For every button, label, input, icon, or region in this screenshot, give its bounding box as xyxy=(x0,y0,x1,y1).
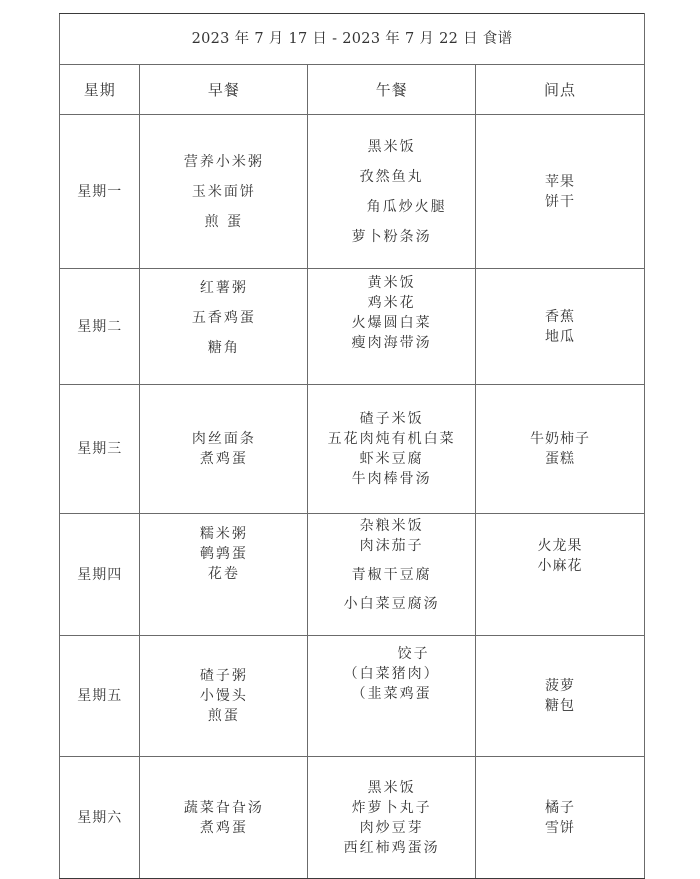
day-cell: 星期四 xyxy=(60,514,140,636)
table-row-friday: 星期五 碴子粥 小馒头 煎蛋 饺子 （白菜猪肉） （韭菜鸡蛋 菠萝 糖包 xyxy=(60,636,645,757)
table-row-saturday: 星期六 蔬菜旮旮汤 煮鸡蛋 黑米饭 炸萝卜丸子 肉炒豆芽 西红柿鸡蛋汤 橘子 雪 xyxy=(60,757,645,879)
breakfast-item: 小馒头 xyxy=(200,686,248,706)
table-row-monday: 星期一 营养小米粥 玉米面饼 煎 蛋 黑米饭 孜然鱼丸 角瓜炒火腿 萝卜粉条汤 xyxy=(60,115,645,269)
lunch-cell: 杂粮米饭 肉沫茄子 青椒干豆腐 小白菜豆腐汤 xyxy=(308,514,476,636)
lunch-item: 角瓜炒火腿 xyxy=(337,197,447,217)
breakfast-cell: 肉丝面条 煮鸡蛋 xyxy=(140,385,308,514)
table-row-tuesday: 星期二 红薯粥 五香鸡蛋 糖角 黄米饭 鸡米花 火爆圆白菜 瘦肉海带汤 香蕉 xyxy=(60,269,645,385)
breakfast-cell: 碴子粥 小馒头 煎蛋 xyxy=(140,636,308,757)
snack-cell: 牛奶柿子 蛋糕 xyxy=(476,385,645,514)
breakfast-item: 蔬菜旮旮汤 xyxy=(184,798,264,818)
lunch-item: 黑米饭 xyxy=(368,778,416,798)
lunch-item: 小白菜豆腐汤 xyxy=(344,594,440,614)
breakfast-item: 玉米面饼 xyxy=(192,182,256,202)
day-cell: 星期六 xyxy=(60,757,140,879)
breakfast-item: 糯米粥 xyxy=(200,524,248,544)
breakfast-item: 煎 蛋 xyxy=(205,212,243,232)
snack-item: 苹果 xyxy=(545,172,575,192)
lunch-cell: 饺子 （白菜猪肉） （韭菜鸡蛋 xyxy=(308,636,476,757)
day-cell: 星期二 xyxy=(60,269,140,385)
header-breakfast: 早餐 xyxy=(140,65,308,115)
breakfast-item: 煎蛋 xyxy=(208,706,240,726)
header-row: 星期 早餐 午餐 间点 xyxy=(60,65,645,115)
snack-item: 地瓜 xyxy=(545,327,575,347)
breakfast-item: 碴子粥 xyxy=(200,666,248,686)
lunch-item: 杂粮米饭 xyxy=(360,516,424,536)
lunch-item: 青椒干豆腐 xyxy=(352,565,432,585)
snack-item: 蛋糕 xyxy=(545,449,575,469)
lunch-item: 黄米饭 xyxy=(368,273,416,293)
menu-title: 2023 年 7 月 17 日 - 2023 年 7 月 22 日 食谱 xyxy=(60,14,645,65)
breakfast-item: 煮鸡蛋 xyxy=(200,449,248,469)
lunch-item: 黑米饭 xyxy=(368,137,416,157)
snack-item: 香蕉 xyxy=(545,307,575,327)
title-row: 2023 年 7 月 17 日 - 2023 年 7 月 22 日 食谱 xyxy=(60,14,645,65)
breakfast-item: 煮鸡蛋 xyxy=(200,818,248,838)
lunch-cell: 碴子米饭 五花肉炖有机白菜 虾米豆腐 牛肉棒骨汤 xyxy=(308,385,476,514)
day-cell: 星期三 xyxy=(60,385,140,514)
lunch-cell: 黄米饭 鸡米花 火爆圆白菜 瘦肉海带汤 xyxy=(308,269,476,385)
lunch-item: 牛肉棒骨汤 xyxy=(352,469,432,489)
breakfast-cell: 红薯粥 五香鸡蛋 糖角 xyxy=(140,269,308,385)
lunch-item: （韭菜鸡蛋 xyxy=(352,684,432,704)
breakfast-cell: 蔬菜旮旮汤 煮鸡蛋 xyxy=(140,757,308,879)
snack-cell: 火龙果 小麻花 xyxy=(476,514,645,636)
table-row-wednesday: 星期三 肉丝面条 煮鸡蛋 碴子米饭 五花肉炖有机白菜 虾米豆腐 牛肉棒骨汤 牛奶… xyxy=(60,385,645,514)
breakfast-cell: 糯米粥 鹌鹑蛋 花卷 xyxy=(140,514,308,636)
lunch-item: 萝卜粉条汤 xyxy=(352,227,432,247)
snack-cell: 苹果 饼干 xyxy=(476,115,645,269)
lunch-item: 火爆圆白菜 xyxy=(352,313,432,333)
header-lunch: 午餐 xyxy=(308,65,476,115)
snack-item: 糖包 xyxy=(545,696,575,716)
header-snack: 间点 xyxy=(476,65,645,115)
lunch-item: （白菜猪肉） xyxy=(344,664,440,684)
header-day: 星期 xyxy=(60,65,140,115)
lunch-item: 炸萝卜丸子 xyxy=(352,798,432,818)
weekly-menu-table: 2023 年 7 月 17 日 - 2023 年 7 月 22 日 食谱 星期 … xyxy=(59,13,645,879)
day-cell: 星期五 xyxy=(60,636,140,757)
breakfast-item: 红薯粥 xyxy=(200,278,248,298)
breakfast-item: 五香鸡蛋 xyxy=(192,308,256,328)
lunch-item: 鸡米花 xyxy=(368,293,416,313)
snack-cell: 橘子 雪饼 xyxy=(476,757,645,879)
breakfast-cell: 营养小米粥 玉米面饼 煎 蛋 xyxy=(140,115,308,269)
lunch-item: 碴子米饭 xyxy=(360,409,424,429)
snack-cell: 香蕉 地瓜 xyxy=(476,269,645,385)
snack-item: 小麻花 xyxy=(538,556,583,576)
lunch-cell: 黑米饭 孜然鱼丸 角瓜炒火腿 萝卜粉条汤 xyxy=(308,115,476,269)
snack-item: 雪饼 xyxy=(545,818,575,838)
snack-item: 火龙果 xyxy=(538,536,583,556)
lunch-item: 饺子 xyxy=(354,644,430,664)
breakfast-item: 营养小米粥 xyxy=(184,152,264,172)
breakfast-item: 鹌鹑蛋 xyxy=(200,544,248,564)
breakfast-item: 糖角 xyxy=(208,338,240,358)
lunch-item: 虾米豆腐 xyxy=(360,449,424,469)
day-cell: 星期一 xyxy=(60,115,140,269)
snack-item: 橘子 xyxy=(545,798,575,818)
snack-cell: 菠萝 糖包 xyxy=(476,636,645,757)
breakfast-item: 肉丝面条 xyxy=(192,429,256,449)
snack-item: 牛奶柿子 xyxy=(530,429,590,449)
breakfast-item: 花卷 xyxy=(208,564,240,584)
lunch-item: 瘦肉海带汤 xyxy=(352,333,432,353)
snack-item: 饼干 xyxy=(545,192,575,212)
snack-item: 菠萝 xyxy=(545,676,575,696)
lunch-item: 肉炒豆芽 xyxy=(360,818,424,838)
lunch-item: 肉沫茄子 xyxy=(360,536,424,556)
lunch-item: 五花肉炖有机白菜 xyxy=(328,429,456,449)
lunch-item: 孜然鱼丸 xyxy=(360,167,424,187)
table-row-thursday: 星期四 糯米粥 鹌鹑蛋 花卷 杂粮米饭 肉沫茄子 青椒干豆腐 小白菜豆腐汤 火龙 xyxy=(60,514,645,636)
lunch-item: 西红柿鸡蛋汤 xyxy=(344,838,440,858)
lunch-cell: 黑米饭 炸萝卜丸子 肉炒豆芽 西红柿鸡蛋汤 xyxy=(308,757,476,879)
